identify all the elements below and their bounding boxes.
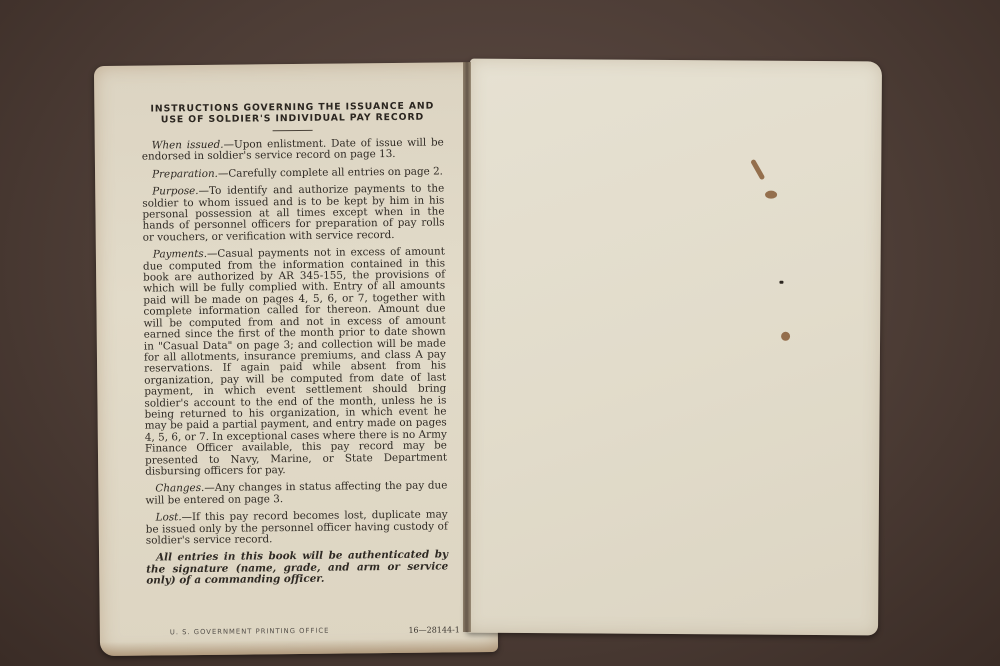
- instructions-text: INSTRUCTIONS GOVERNING THE ISSUANCE AND …: [141, 100, 448, 587]
- section-preparation: Preparation.—Carefully complete all entr…: [142, 166, 444, 181]
- printer-imprint: U. S. GOVERNMENT PRINTING OFFICE: [170, 627, 330, 638]
- section-payments: Payments.—Casual payments not in excess …: [143, 247, 447, 478]
- section-lost: Lost.—If this pay record becomes lost, d…: [146, 510, 448, 547]
- page-title: INSTRUCTIONS GOVERNING THE ISSUANCE AND …: [141, 100, 443, 125]
- section-purpose: Purpose.—To identify and authorize payme…: [142, 184, 445, 244]
- rust-stain-icon: [781, 332, 790, 341]
- book-spine: [463, 62, 471, 632]
- form-code: 16—28144-1: [408, 625, 460, 635]
- section-when-issued: When issued.—Upon enlistment. Date of is…: [142, 137, 444, 163]
- title-rule: [273, 130, 313, 131]
- authentication-note: All entries in this book will be authent…: [146, 550, 448, 587]
- rust-stain-icon: [750, 159, 765, 181]
- page-footer: U. S. GOVERNMENT PRINTING OFFICE 16—2814…: [170, 625, 460, 637]
- section-changes: Changes.—Any changes in status affecting…: [145, 481, 447, 507]
- right-page: [466, 59, 882, 636]
- staple-hole-icon: [779, 281, 783, 284]
- rust-stain-icon: [765, 191, 777, 199]
- left-page: INSTRUCTIONS GOVERNING THE ISSUANCE AND …: [94, 62, 498, 656]
